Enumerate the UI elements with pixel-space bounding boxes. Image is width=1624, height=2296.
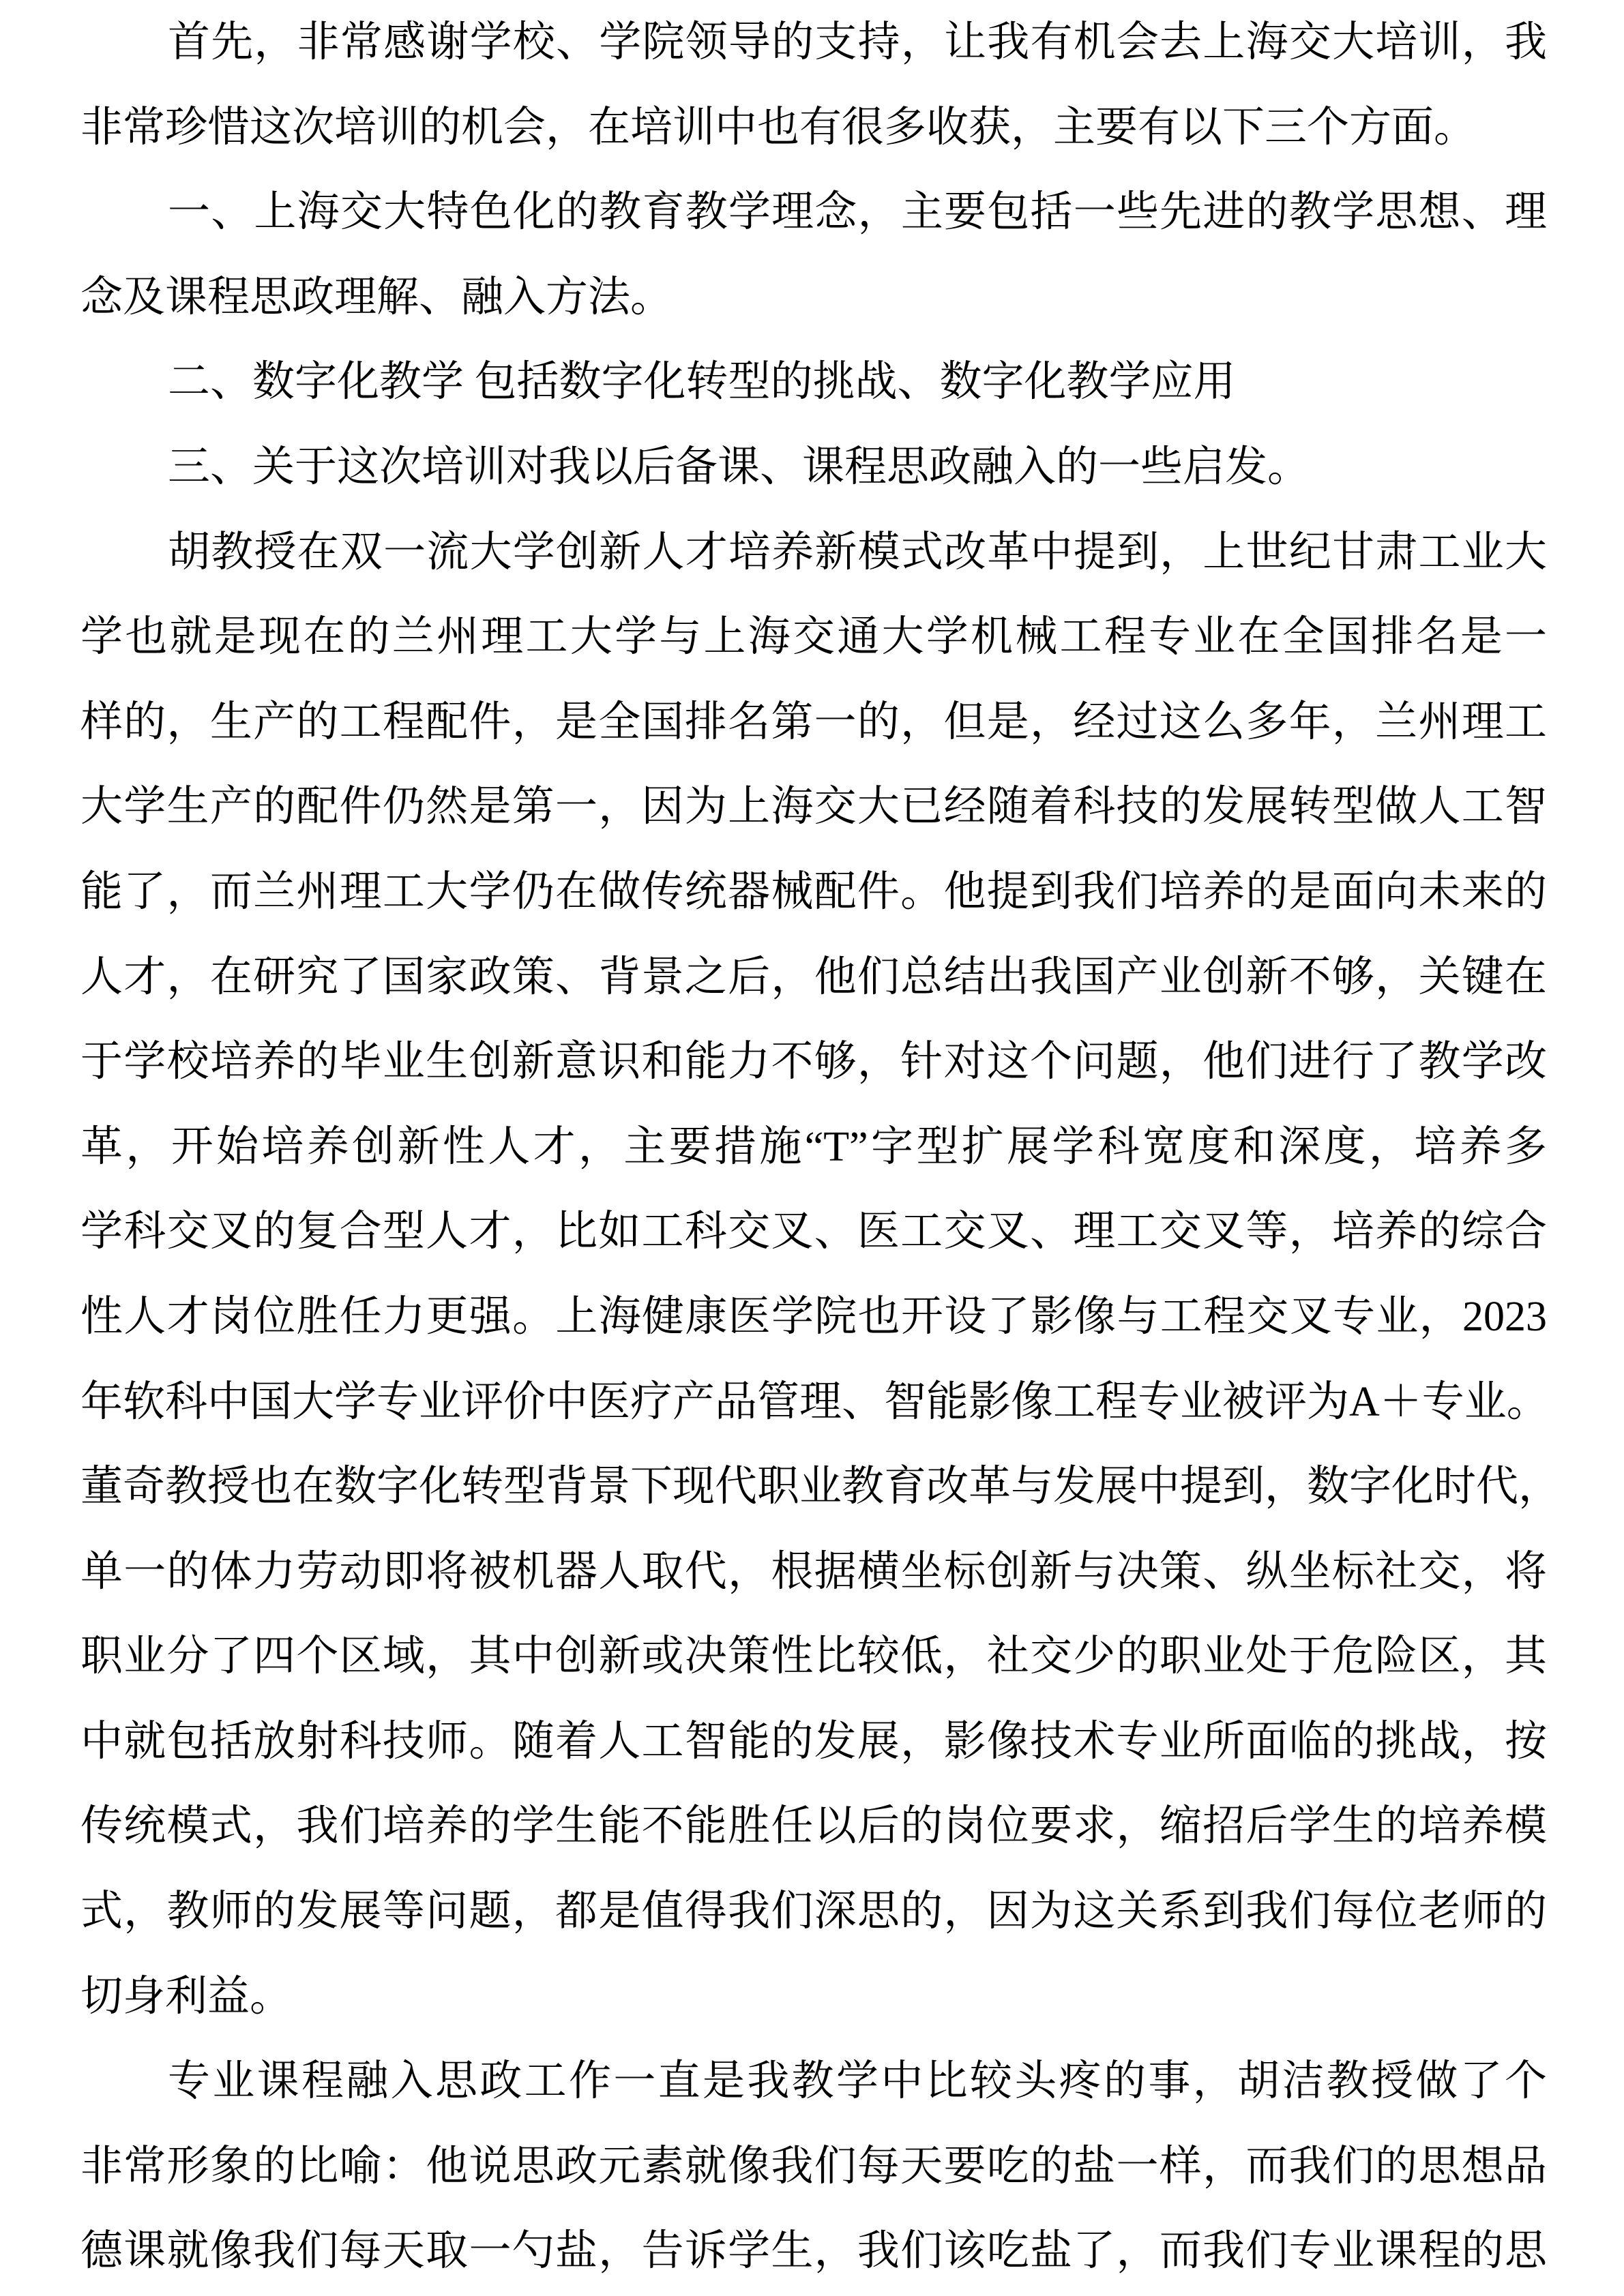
document-page: 首先，非常感谢学校、学院领导的支持，让我有机会去上海交大培训，我 非常珍惜这次培…: [80, 0, 1547, 2294]
text-line: 于学校培养的毕业生创新意识和能力不够，针对这个问题，他们进行了教学改: [80, 1019, 1547, 1105]
text-line: 胡教授在双一流大学创新人才培养新模式改革中提到，上世纪甘肃工业大: [80, 510, 1547, 595]
text-line: 能了，而兰州理工大学仍在做传统器械配件。他提到我们培养的是面向未来的: [80, 850, 1547, 935]
text-line: 传统模式，我们培养的学生能不能胜任以后的岗位要求，缩招后学生的培养模: [80, 1784, 1547, 1869]
paragraph-point-3: 三、关于这次培训对我以后备课、课程思政融入的一些启发。: [80, 425, 1547, 510]
text-line: 革，开始培养创新性人才，主要措施“T”字型扩展学科宽度和深度，培养多: [80, 1105, 1547, 1190]
text-line: 中就包括放射科技师。随着人工智能的发展，影像技术专业所面临的挑战，按: [80, 1699, 1547, 1785]
text-line: 一、上海交大特色化的教育教学理念，主要包括一些先进的教学思想、理: [80, 170, 1547, 255]
text-line: 二、数字化教学 包括数字化转型的挑战、数字化教学应用: [80, 340, 1547, 425]
text-line: 董奇教授也在数字化转型背景下现代职业教育改革与发展中提到，数字化时代，: [80, 1444, 1547, 1530]
text-line: 德课就像我们每天取一勺盐，告诉学生，我们该吃盐了，而我们专业课程的思: [80, 2209, 1547, 2294]
text-line: 样的，生产的工程配件，是全国排名第一的，但是，经过这么多年，兰州理工: [80, 680, 1547, 765]
paragraph-intro: 首先，非常感谢学校、学院领导的支持，让我有机会去上海交大培训，我 非常珍惜这次培…: [80, 0, 1547, 170]
text-line: 学也就是现在的兰州理工大学与上海交通大学机械工程专业在全国排名是一: [80, 595, 1547, 680]
paragraph-hu-professor: 胡教授在双一流大学创新人才培养新模式改革中提到，上世纪甘肃工业大 学也就是现在的…: [80, 510, 1547, 2040]
text-line: 学科交叉的复合型人才，比如工科交叉、医工交叉、理工交叉等，培养的综合: [80, 1189, 1547, 1274]
text-line: 式，教师的发展等问题，都是值得我们深思的，因为这关系到我们每位老师的: [80, 1869, 1547, 1954]
text-line: 年软科中国大学专业评价中医疗产品管理、智能影像工程专业被评为A＋专业。: [80, 1360, 1547, 1445]
text-line: 专业课程融入思政工作一直是我教学中比较头疼的事，胡洁教授做了个: [80, 2039, 1547, 2124]
text-line: 念及课程思政理解、融入方法。: [80, 255, 1547, 340]
text-line: 大学生产的配件仍然是第一，因为上海交大已经随着科技的发展转型做人工智: [80, 764, 1547, 850]
text-line: 性人才岗位胜任力更强。上海健康医学院也开设了影像与工程交叉专业，2023: [80, 1274, 1547, 1360]
text-line: 单一的体力劳动即将被机器人取代，根据横坐标创新与决策、纵坐标社交，将: [80, 1530, 1547, 1615]
paragraph-point-1: 一、上海交大特色化的教育教学理念，主要包括一些先进的教学思想、理 念及课程思政理…: [80, 170, 1547, 340]
text-line: 非常珍惜这次培训的机会，在培训中也有很多收获，主要有以下三个方面。: [80, 85, 1547, 170]
text-line: 非常形象的比喻：他说思政元素就像我们每天要吃的盐一样，而我们的思想品: [80, 2124, 1547, 2209]
paragraph-point-2: 二、数字化教学 包括数字化转型的挑战、数字化教学应用: [80, 340, 1547, 425]
text-line: 三、关于这次培训对我以后备课、课程思政融入的一些启发。: [80, 425, 1547, 510]
text-line: 首先，非常感谢学校、学院领导的支持，让我有机会去上海交大培训，我: [80, 0, 1547, 85]
text-line: 切身利益。: [80, 1954, 1547, 2040]
paragraph-ideology-course: 专业课程融入思政工作一直是我教学中比较头疼的事，胡洁教授做了个 非常形象的比喻：…: [80, 2039, 1547, 2294]
text-line: 人才，在研究了国家政策、背景之后，他们总结出我国产业创新不够，关键在: [80, 935, 1547, 1020]
text-line: 职业分了四个区域，其中创新或决策性比较低，社交少的职业处于危险区，其: [80, 1614, 1547, 1699]
